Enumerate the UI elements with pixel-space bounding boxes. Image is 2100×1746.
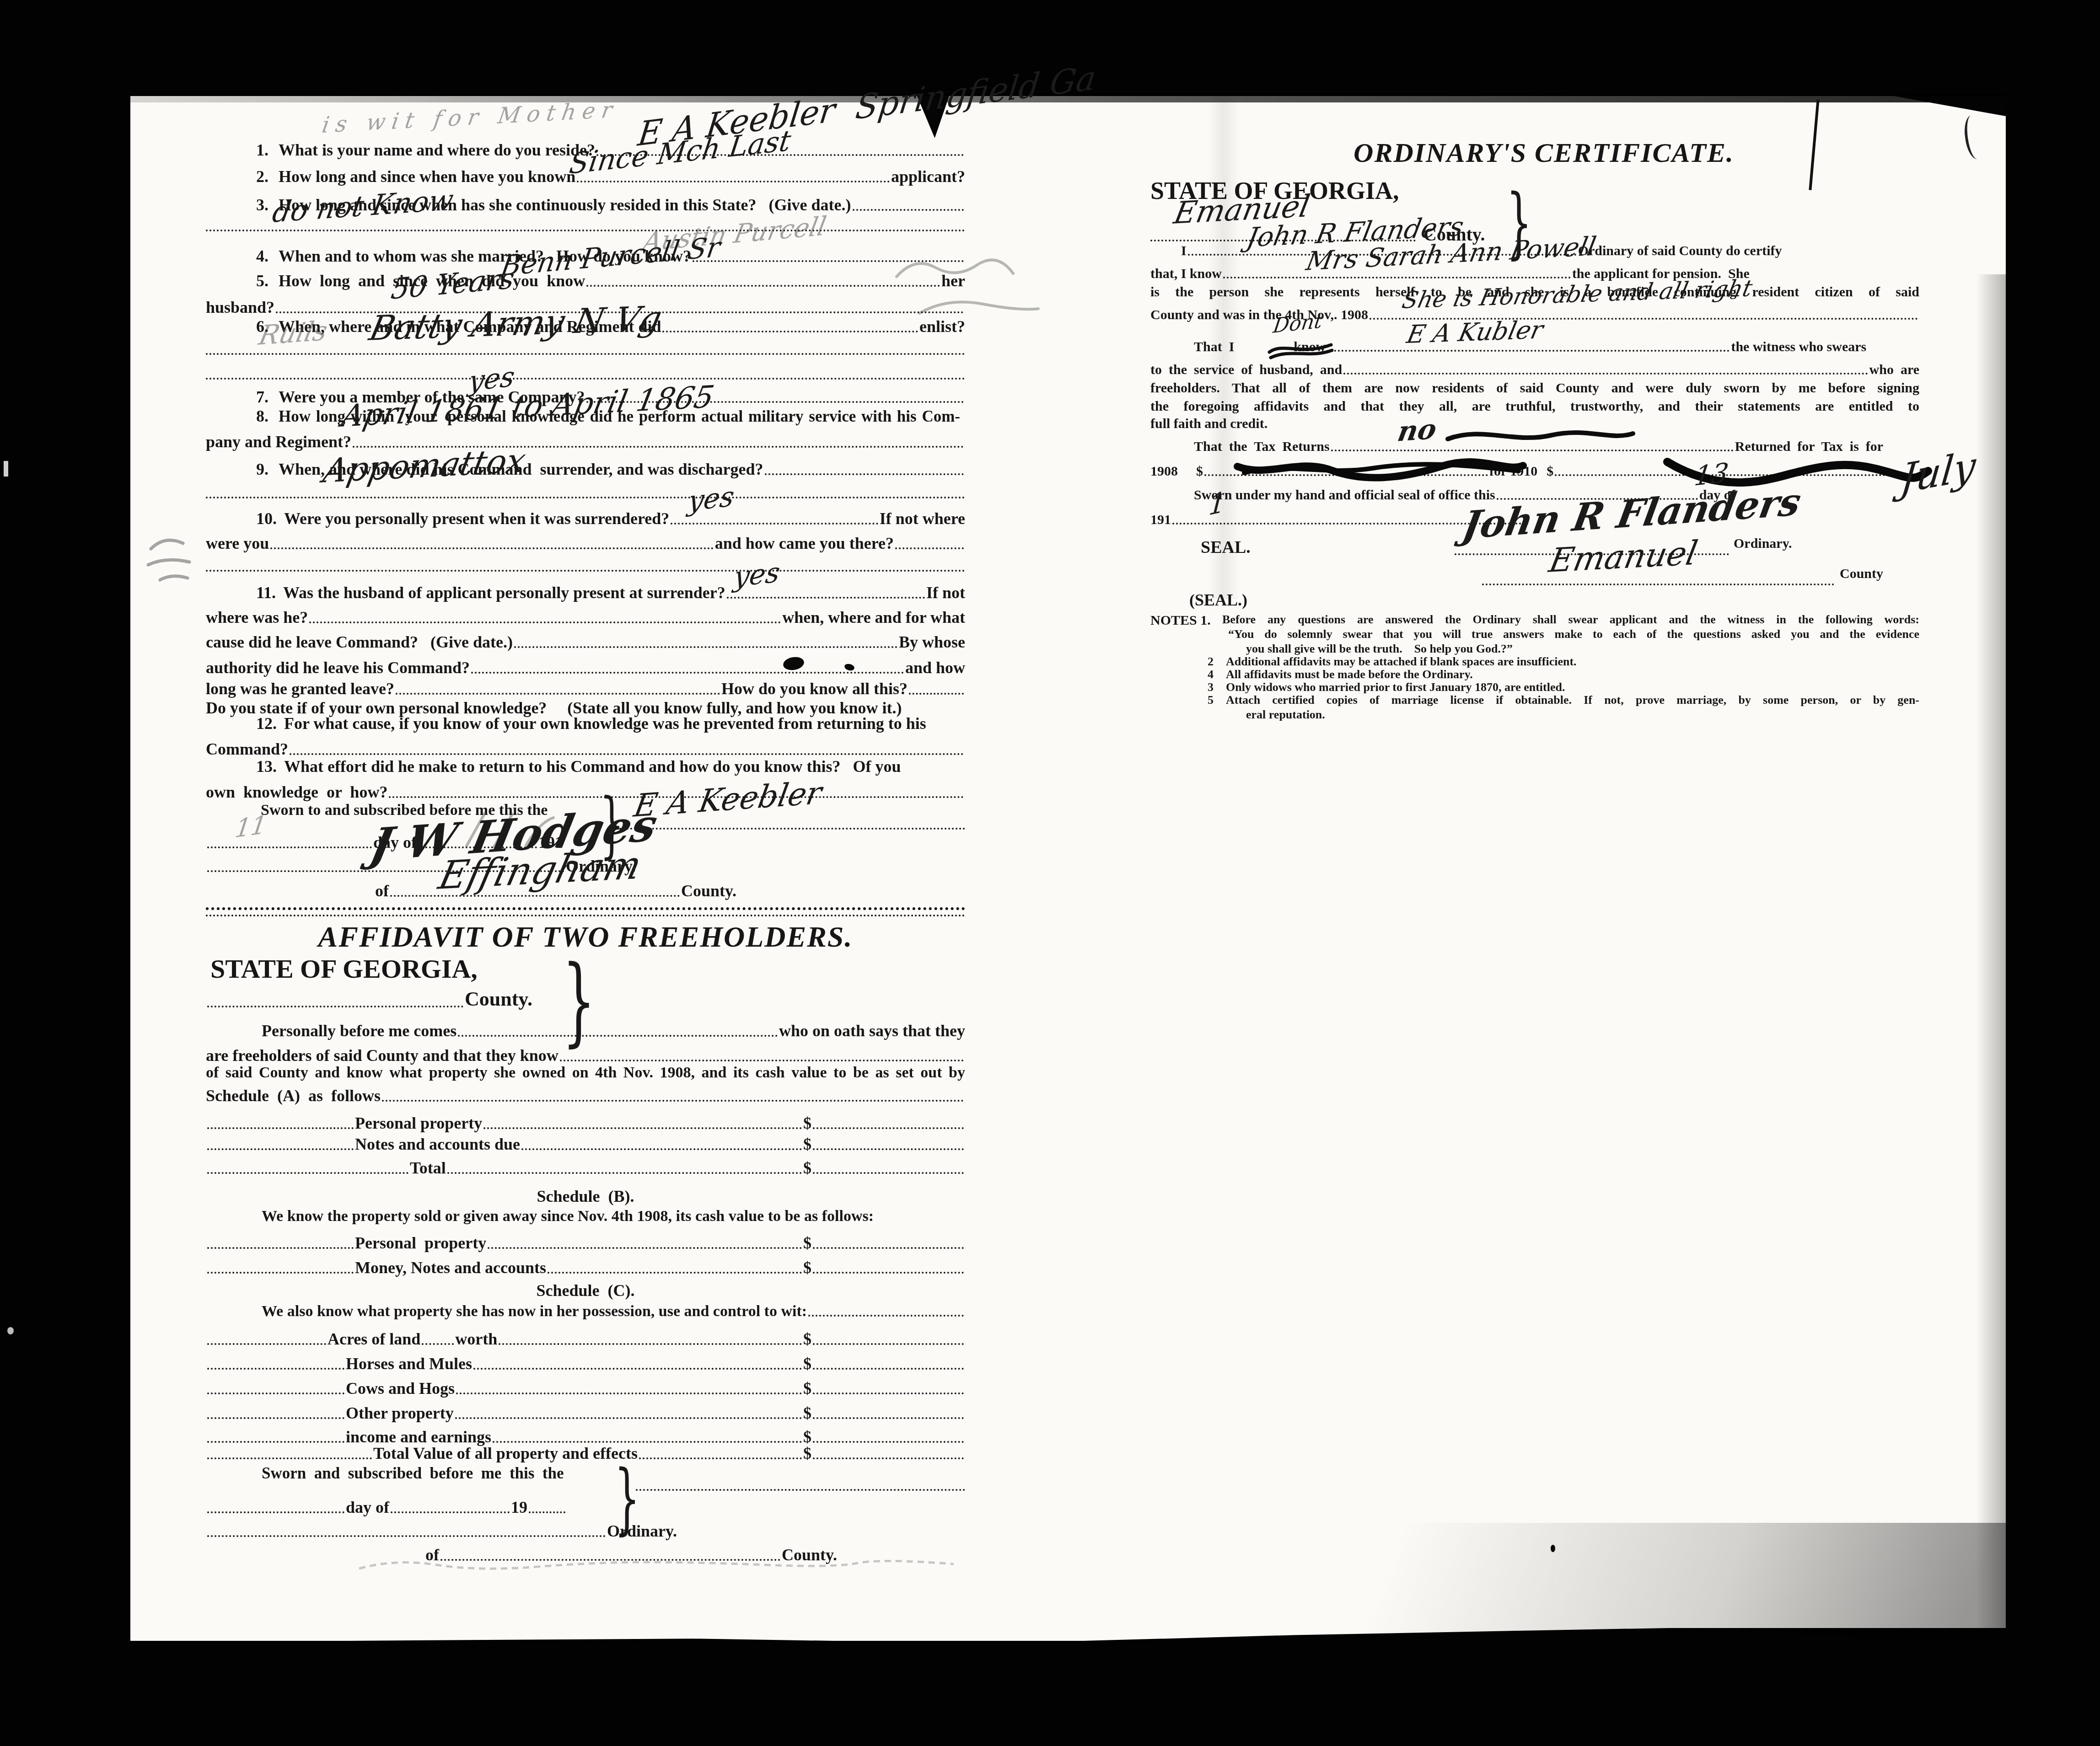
dotted-leader — [1223, 275, 1571, 279]
dotted-leader — [488, 1245, 802, 1249]
affidavit-state-heading: STATE OF GEORGIA, — [210, 954, 478, 985]
dotted-leader — [207, 1245, 354, 1249]
amount-scribble-1908 — [1235, 453, 1528, 485]
question-11-line2: where was he? when, where and for what — [206, 608, 965, 627]
schedule-c-row: Acres of land worth $ — [206, 1330, 965, 1349]
service-line: to the service of husband, and who are — [1150, 362, 1919, 378]
year-label: 19 — [511, 1498, 527, 1517]
dotted-leader — [483, 1125, 802, 1129]
dotted-leader — [586, 283, 940, 287]
q-number: 12. — [256, 714, 277, 733]
q-number: 2. — [256, 167, 269, 186]
dollar-sign: $ — [803, 1444, 811, 1463]
dotted-leader — [458, 1033, 778, 1037]
dotted-leader — [662, 329, 918, 332]
q-number: 9. — [256, 460, 269, 479]
item-label: Notes and accounts due — [355, 1135, 520, 1154]
dotted-leader — [207, 1170, 408, 1174]
year-printed: 191 — [1150, 512, 1171, 528]
note-1-line1: Before any questions are answered the Or… — [1222, 613, 1919, 627]
schedule-b-title: Schedule (B). — [206, 1187, 965, 1206]
text: the witness who swears — [1731, 339, 1866, 355]
item-label: Total Value of all property and effects — [373, 1444, 638, 1463]
dotted-leader — [895, 546, 964, 549]
q-text: where was he? — [206, 608, 308, 627]
text: That I — [1194, 339, 1234, 355]
q-text: pany and Regiment? — [206, 433, 351, 451]
question-12-line2: Command? — [206, 740, 965, 759]
jurat2-lead: Sworn and subscribed before me this the — [262, 1464, 564, 1483]
q-text: For what cause, if you know of your own … — [284, 714, 926, 733]
dotted-leader — [207, 1439, 344, 1443]
jurat2-ordinary-line: Ordinary. — [206, 1522, 677, 1541]
item-label: Other property — [346, 1404, 454, 1423]
section-divider-rule — [206, 907, 965, 916]
dotted-leader — [909, 691, 964, 695]
text: who are — [1869, 362, 1919, 378]
note-3-number: 3 — [1208, 680, 1214, 694]
q-text: Command? — [206, 740, 288, 759]
bottom-torn-edge — [130, 1628, 2006, 1746]
text: are freeholders of said County and that … — [206, 1046, 559, 1065]
note-3-text: Only widows who married prior to first J… — [1226, 680, 1565, 694]
q-text: How long and since when have you known — [279, 167, 575, 186]
dotted-leader — [514, 644, 897, 648]
question-11: 11. Was the husband of applicant persona… — [256, 584, 965, 602]
dotted-leader — [813, 1170, 964, 1174]
dotted-leader — [440, 1557, 780, 1561]
note-5-line2: eral reputation. — [1246, 708, 1325, 722]
dotted-leader — [813, 1245, 964, 1249]
q-text: husband? — [206, 298, 274, 317]
item-label: Total — [410, 1159, 446, 1178]
note-2-text: Additional affidavits may be attached if… — [1226, 655, 1577, 669]
jurat2-county-line: of County. — [425, 1546, 837, 1564]
q-text: By whose — [899, 633, 965, 652]
q-number: 10. — [256, 509, 277, 528]
note-1-line2: “You do solemnly swear that you will tru… — [1228, 627, 1919, 641]
q-number: 13. — [256, 757, 277, 776]
bottom-right-gray-wash — [1052, 1523, 2006, 1637]
dotted-leader — [390, 893, 680, 897]
dotted-leader — [853, 207, 964, 211]
dollar-sign: $ — [803, 1135, 811, 1154]
schedule-b-row: Money, Notes and accounts $ — [206, 1259, 965, 1277]
q-text: and how came you there? — [715, 534, 894, 553]
dotted-leader — [396, 691, 720, 695]
dollar-sign: $ — [803, 1379, 811, 1398]
dotted-leader — [813, 1270, 964, 1274]
text: Personally before me comes — [262, 1022, 457, 1040]
dotted-leader — [671, 521, 878, 525]
ordinary-label: Ordinary. — [1734, 536, 1792, 552]
text: Schedule (A) as follows — [206, 1087, 381, 1105]
q-number: 4. — [256, 247, 269, 266]
dotted-leader — [813, 1456, 964, 1459]
pencil-margin-scribble — [146, 521, 247, 590]
text: County and was in the 4th Nov,. 1908 — [1150, 307, 1368, 323]
notes-label: NOTES 1. — [1150, 613, 1211, 629]
dotted-leader — [813, 1146, 964, 1150]
q-number: 1. — [256, 141, 269, 160]
q-text: cause did he leave Command? (Give date.) — [206, 633, 513, 652]
tax-no-handwriting: no — [1395, 413, 1439, 448]
dotted-leader — [207, 845, 372, 848]
schedule-c-title: Schedule (C). — [206, 1281, 965, 1300]
blank-dotted-line — [206, 228, 965, 231]
schedule-b-row: Personal property $ — [206, 1234, 965, 1253]
q-text: Were you personally present when it was … — [284, 509, 669, 528]
county-label: County. — [782, 1546, 837, 1564]
dotted-leader — [456, 1391, 802, 1394]
dotted-leader — [447, 1170, 802, 1174]
affidavit-freeholders-line: are freeholders of said County and that … — [206, 1046, 965, 1065]
strikeout-scribble — [1267, 338, 1336, 361]
q-number: 11. — [256, 584, 276, 602]
dotted-leader — [471, 670, 904, 674]
q-number: 3. — [256, 196, 269, 214]
applicant-line: that, I know the applicant for pension. … — [1150, 266, 1919, 282]
q10-answer-handwriting: yes — [686, 480, 736, 518]
ink-speck — [1551, 1545, 1555, 1552]
item-label: Horses and Mules — [346, 1355, 472, 1373]
certify-text: Ordinary of said County do certify — [1578, 243, 1782, 259]
schedule-c-lead: We also know what property she has now i… — [262, 1302, 965, 1320]
dollar-sign: $ — [1196, 464, 1203, 480]
county-emanuel-handwriting: Emanuel — [1546, 533, 1701, 580]
q-text: Was the husband of applicant personally … — [283, 584, 725, 602]
item-label: Money, Notes and accounts — [355, 1259, 546, 1277]
dollar-sign: $ — [803, 1234, 811, 1253]
dollar-sign: $ — [1547, 464, 1553, 480]
dollar-sign: $ — [803, 1355, 811, 1373]
blank-dotted-line — [206, 568, 965, 572]
dotted-leader — [309, 620, 781, 623]
schedule-c-row: Cows and Hogs $ — [206, 1379, 965, 1398]
dotted-leader — [693, 258, 964, 262]
text: We also know what property she has now i… — [262, 1302, 807, 1320]
dotted-leader — [639, 1456, 802, 1459]
question-10: 10. Were you personally present when it … — [256, 509, 965, 528]
year-digit-handwriting: 1 — [1208, 485, 1227, 522]
q-text-tail: applicant? — [891, 167, 965, 186]
question-8-line2: pany and Regiment? — [206, 433, 965, 451]
dotted-leader — [577, 179, 890, 182]
affidavit-property-line: of said County and know what property sh… — [206, 1064, 965, 1082]
note-5-text: Attach certified copies of marriage lice… — [1226, 693, 1919, 707]
item-label: Cows and Hogs — [346, 1379, 455, 1398]
county-label: County. — [681, 882, 736, 900]
text: to the service of husband, and — [1150, 362, 1342, 378]
dotted-leader — [473, 1366, 802, 1370]
q-text: own knowledge or how? — [206, 783, 387, 802]
dotted-leader — [499, 1341, 802, 1345]
q-number: 5. — [256, 272, 269, 290]
note-4-text: All affidavits must be made before the O… — [1226, 668, 1473, 681]
schedule-c-total-row: Total Value of all property and effects … — [206, 1444, 965, 1463]
dotted-leader — [813, 1341, 964, 1345]
year-1908: 1908 — [1150, 464, 1178, 480]
answer-dotted-line — [206, 495, 965, 498]
dotted-leader — [813, 1439, 964, 1443]
schedule-a-row: Notes and accounts due $ — [206, 1135, 965, 1154]
blank-dotted-line — [206, 376, 965, 380]
jurat2-date-line: day of 19 — [206, 1498, 595, 1517]
right-edge-shadow — [1976, 274, 2006, 1628]
dotted-leader — [1343, 371, 1868, 375]
dotted-leader — [207, 1366, 344, 1370]
dollar-sign: $ — [803, 1259, 811, 1277]
q-text: long was he granted leave? — [206, 680, 394, 698]
dotted-leader — [382, 1098, 964, 1102]
question-10-line2: were you and how came you there? — [206, 534, 965, 553]
affidavit-comes-line: Personally before me comes who on oath s… — [262, 1022, 965, 1040]
film-speck — [7, 1327, 14, 1334]
question-11-line5: long was he granted leave? How do you kn… — [206, 680, 965, 698]
q-text: and how — [905, 659, 965, 677]
q-number: 8. — [256, 407, 269, 426]
dotted-leader — [270, 546, 713, 549]
dotted-leader — [207, 1510, 344, 1513]
dotted-leader — [521, 1146, 802, 1150]
dollar-sign: $ — [803, 1159, 811, 1178]
schedule-b-lead: We know the property sold or given away … — [262, 1207, 874, 1225]
schedule-c-row: Horses and Mules $ — [206, 1355, 965, 1373]
seal-label: SEAL. — [1201, 538, 1251, 558]
item-label2: worth — [455, 1330, 497, 1349]
question-11-line3: cause did he leave Command? (Give date.)… — [206, 633, 965, 652]
dotted-leader — [207, 1415, 344, 1419]
schedule-a-lead: Schedule (A) as follows — [206, 1087, 965, 1105]
note-2-number: 2 — [1208, 655, 1214, 669]
dotted-leader — [207, 1533, 606, 1537]
q-text-tail: If not — [926, 584, 965, 602]
county-label: County. — [465, 988, 532, 1011]
q-number: 7. — [256, 388, 269, 407]
q11-answer-handwriting: yes — [732, 556, 782, 594]
q-text: What effort did he make to return to his… — [284, 757, 901, 776]
q-text-tail: her — [941, 272, 965, 290]
blank-dotted-line — [636, 1487, 965, 1491]
dollar-sign: $ — [803, 1330, 811, 1349]
i-label: I — [1181, 243, 1187, 259]
item-label: Personal property — [355, 1234, 486, 1253]
foregoing-line: the foregoing affidavits and that they a… — [1150, 399, 1919, 415]
film-speck — [4, 461, 8, 477]
dotted-leader — [207, 1341, 326, 1345]
q-text: were you — [206, 534, 269, 553]
dotted-leader — [813, 1366, 964, 1370]
faith-line: full faith and credit. — [1150, 416, 1268, 432]
question-11-line4: authority did he leave his Command? and … — [206, 659, 965, 677]
dotted-leader — [422, 1341, 454, 1345]
of-label: of — [375, 882, 389, 900]
q-text: What is your name and where do you resid… — [279, 141, 595, 160]
dotted-leader — [207, 1270, 354, 1274]
q-text-tail: If not where — [880, 509, 965, 528]
q6-answer-pencil: Ruils — [256, 315, 330, 351]
question-13: 13. What effort did he make to return to… — [256, 757, 965, 776]
dotted-leader — [207, 1391, 344, 1394]
dotted-leader — [493, 1439, 802, 1443]
dotted-leader — [455, 1415, 802, 1419]
text: who on oath says that they — [779, 1022, 965, 1040]
q-text-tail: enlist? — [919, 317, 965, 336]
dotted-leader — [207, 1456, 372, 1459]
blank-dotted-line — [1482, 582, 1834, 585]
dollar-sign: $ — [803, 1404, 811, 1423]
dotted-leader — [560, 1058, 964, 1061]
affidavit-county-line: County. — [206, 988, 544, 1011]
answer-dotted-line — [206, 351, 965, 355]
question-13-line2: own knowledge or how? — [206, 783, 965, 802]
dotted-leader — [813, 1391, 964, 1394]
seal-parenthetical: (SEAL.) — [1189, 591, 1247, 610]
dotted-leader — [207, 1004, 463, 1007]
witness-name-handwriting: E A Kubler — [1404, 315, 1546, 349]
day-of-label: day of — [346, 1498, 389, 1517]
dotted-leader — [391, 1510, 510, 1513]
dotted-leader — [727, 595, 925, 599]
question-5: 5. How long and since when did you know … — [256, 272, 965, 290]
certificate-title: ORDINARY'S CERTIFICATE. — [1327, 137, 1761, 169]
dotted-leader — [1327, 348, 1729, 352]
q-text: authority did he leave his Command? — [206, 659, 470, 677]
dotted-leader — [765, 471, 964, 475]
note-4-number: 4 — [1208, 668, 1214, 681]
item-label: Personal property — [355, 1114, 482, 1133]
dotted-leader — [529, 1510, 565, 1513]
q-text: when, where and for what — [782, 608, 965, 627]
question-12: 12. For what cause, if you know of your … — [256, 714, 965, 733]
note-5-number: 5 — [1208, 693, 1214, 707]
dollar-sign: $ — [803, 1114, 811, 1133]
freeholders-line: freeholders. That all of them are now re… — [1150, 380, 1919, 396]
dotted-leader — [207, 1125, 354, 1129]
dotted-leader — [548, 1270, 802, 1274]
dotted-leader — [290, 751, 964, 755]
schedule-c-row: Other property $ — [206, 1404, 965, 1423]
dotted-leader — [813, 1125, 964, 1129]
note-1-line3: you shall give will be the truth. So hel… — [1246, 642, 1513, 656]
tax-no-flourish — [1445, 425, 1638, 448]
text: that, I know — [1150, 266, 1222, 282]
ordinary-label: Ordinary. — [607, 1522, 677, 1541]
text: Sworn under my hand and official seal of… — [1194, 487, 1495, 503]
item-label: Acres of land — [328, 1330, 420, 1349]
q-text: How do you know all this? — [721, 680, 908, 698]
scanned-document-page: is wit for Mother 1. What is your name a… — [0, 0, 2100, 1746]
schedule-a-row: Total $ — [206, 1159, 965, 1178]
dotted-leader — [813, 1415, 964, 1419]
dotted-leader — [808, 1313, 964, 1317]
dotted-leader — [207, 1146, 354, 1150]
of-label: of — [425, 1546, 439, 1564]
signature-dotted-line — [608, 826, 965, 830]
schedule-a-row: Personal property $ — [206, 1114, 965, 1133]
county-label: County — [1840, 566, 1883, 582]
